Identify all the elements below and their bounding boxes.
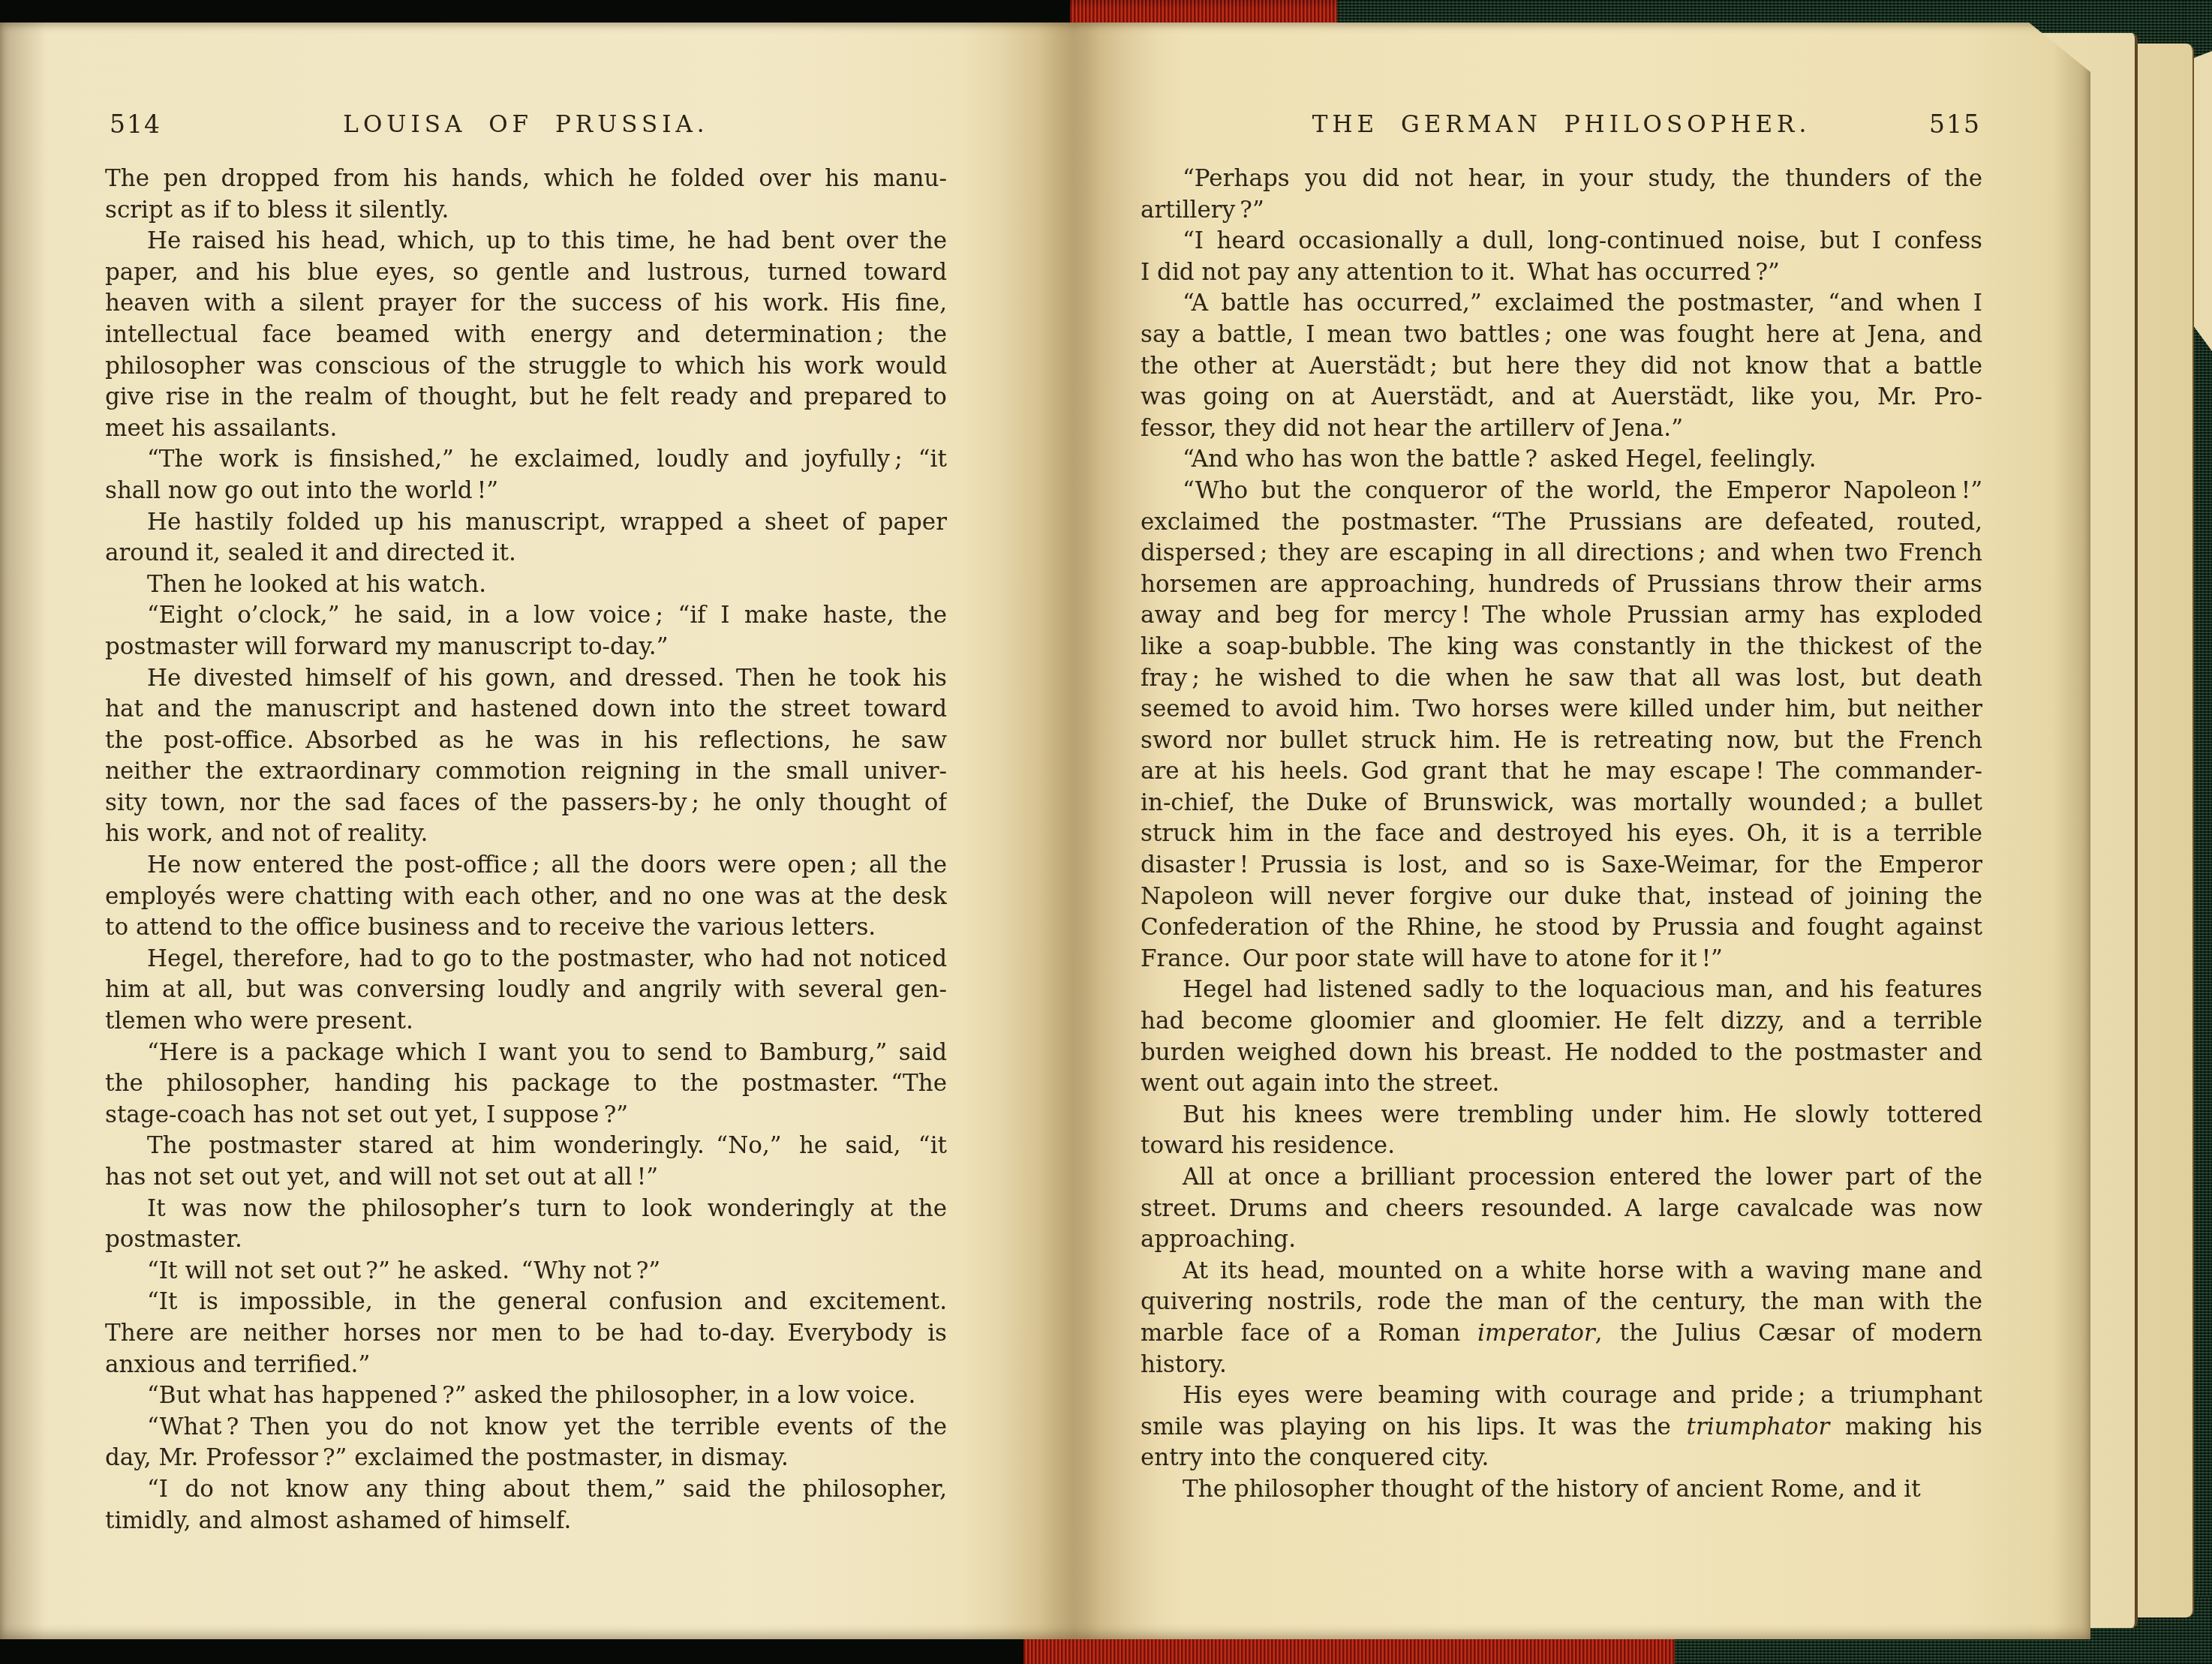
paragraph: “A battle has occurred,” exclaimed the p… (1141, 288, 1982, 444)
text-line: artillery ?” (1141, 195, 1982, 227)
text-line: street. Drums and cheers resounded. A la… (1141, 1194, 1982, 1225)
text-line: “A battle has occurred,” exclaimed the p… (1141, 288, 1982, 320)
text-line: him at all, but was conversing loudly an… (105, 975, 947, 1006)
text-line: away and beg for mercy ! The whole Pruss… (1141, 600, 1982, 632)
text-line: to attend to the office business and to … (105, 912, 947, 944)
text-line: paper, and his blue eyes, so gentle and … (105, 257, 947, 289)
text-line: burden weighed down his breast. He nodde… (1141, 1038, 1982, 1069)
text-line: the post-office. Absorbed as he was in h… (105, 725, 947, 757)
right-edge-shadow (2053, 23, 2090, 1639)
text-line: quivering nostrils, rode the man of the … (1141, 1287, 1982, 1318)
paragraph: But his knees were trembling under him. … (1141, 1100, 1982, 1162)
text-line: day, Mr. Professor ?” exclaimed the post… (105, 1443, 947, 1474)
text-line: hat and the manuscript and hastened down… (105, 694, 947, 725)
paragraph: “Who but the conqueror of the world, the… (1141, 476, 1982, 975)
text-line: The postmaster stared at him wonderingly… (105, 1131, 947, 1162)
text-line: “The work is finsished,” he exclaimed, l… (105, 444, 947, 476)
text-line: The pen dropped from his hands, which he… (105, 164, 947, 195)
paragraph: Hegel had listened sadly to the loquacio… (1141, 975, 1982, 1099)
text-line: He divested himself of his gown, and dre… (105, 663, 947, 695)
text-line: employés were chatting with each other, … (105, 882, 947, 913)
text-line: has not set out yet, and will not set ou… (105, 1162, 947, 1194)
text-line: marble face of a Roman imperator, the Ju… (1141, 1318, 1982, 1350)
text-line: approaching. (1141, 1224, 1982, 1256)
right-page-body: “Perhaps you did not hear, in your study… (1141, 164, 1982, 1559)
text-line: postmaster. (105, 1224, 947, 1256)
text-line: meet his assailants. (105, 413, 947, 445)
text-line: went out again into the street. (1141, 1068, 1982, 1100)
text-line: Hegel had listened sadly to the loquacio… (1141, 975, 1982, 1006)
text-line: like a soap-bubble. The king was constan… (1141, 632, 1982, 663)
text-line: “It will not set out ?” he asked. “Why n… (105, 1256, 947, 1287)
text-line: sword nor bullet struck him. He is retre… (1141, 725, 1982, 757)
paragraph: “But what has happened ?” asked the phil… (105, 1380, 947, 1412)
text-line: Confederation of the Rhine, he stood by … (1141, 912, 1982, 944)
text-line: heaven with a silent prayer for the succ… (105, 288, 947, 320)
paragraph: “Eight o’clock,” he said, in a low voice… (105, 600, 947, 662)
paragraph: “It will not set out ?” he asked. “Why n… (105, 1256, 947, 1287)
paragraph: He raised his head, which, up to this ti… (105, 226, 947, 444)
text-line: sity town, nor the sad faces of the pass… (105, 788, 947, 819)
paragraph: He divested himself of his gown, and dre… (105, 663, 947, 851)
right-page-number: 515 (1929, 110, 1981, 139)
paragraph: “What ? Then you do not know yet the ter… (105, 1412, 947, 1474)
text-line: his work, and not of reality. (105, 818, 947, 850)
paragraph: He now entered the post-office ; all the… (105, 850, 947, 944)
text-line: “I heard occasionally a dull, long-conti… (1141, 226, 1982, 257)
text-line: was going on at Auerstädt, and at Auerst… (1141, 382, 1982, 413)
paragraph: “Here is a package which I want you to s… (105, 1038, 947, 1131)
text-line: Hegel, therefore, had to go to the postm… (105, 944, 947, 975)
text-line: entry into the conquered city. (1141, 1443, 1982, 1474)
paragraph: “I do not know any thing about them,” sa… (105, 1474, 947, 1536)
paragraph: At its head, mounted on a white horse wi… (1141, 1256, 1982, 1380)
text-line: script as if to bless it silently. (105, 195, 947, 227)
text-line: “It is impossible, in the general confus… (105, 1287, 947, 1318)
text-line: “Who but the conqueror of the world, the… (1141, 476, 1982, 507)
text-line: say a battle, I mean two battles ; one w… (1141, 320, 1982, 351)
left-running-title: LOUISA OF PRUSSIA. (105, 111, 947, 138)
text-line: The philosopher thought of the history o… (1141, 1474, 1982, 1506)
left-edge-shadow (0, 23, 45, 1639)
text-line: are at his heels. God grant that he may … (1141, 756, 1982, 788)
text-line: “Eight o’clock,” he said, in a low voice… (105, 600, 947, 632)
text-line: He now entered the post-office ; all the… (105, 850, 947, 882)
paragraph: All at once a brilliant procession enter… (1141, 1162, 1982, 1256)
text-line: around it, sealed it and directed it. (105, 538, 947, 569)
red-headband-top (1070, 0, 1337, 23)
text-line: disaster ! Prussia is lost, and so is Sa… (1141, 850, 1982, 882)
text-line: He raised his head, which, up to this ti… (105, 226, 947, 257)
paragraph: “And who has won the battle ? asked Hege… (1141, 444, 1982, 476)
text-line: exclaimed the postmaster. “The Prussians… (1141, 507, 1982, 539)
paragraph: His eyes were beaming with courage and p… (1141, 1380, 1982, 1474)
text-line: “I do not know any thing about them,” sa… (105, 1474, 947, 1506)
left-page-header: 514 LOUISA OF PRUSSIA. (105, 111, 947, 147)
text-line: It was now the philosopher’s turn to loo… (105, 1194, 947, 1225)
book-spread: 514 LOUISA OF PRUSSIA. The pen dropped f… (0, 23, 2090, 1639)
paragraph: He hastily folded up his manuscript, wra… (105, 507, 947, 569)
paragraph: The postmaster stared at him wonderingly… (105, 1131, 947, 1193)
text-line: I did not pay any attention to it. What … (1141, 257, 1982, 289)
text-line: seemed to avoid him. Two horses were kil… (1141, 694, 1982, 725)
text-line: There are neither horses nor men to be h… (105, 1318, 947, 1350)
text-line: give rise in the realm of thought, but h… (105, 382, 947, 413)
text-line: He hastily folded up his manuscript, wra… (105, 507, 947, 539)
text-line: toward his residence. (1141, 1131, 1982, 1162)
text-line: stage-coach has not set out yet, I suppo… (105, 1100, 947, 1131)
text-line: His eyes were beaming with courage and p… (1141, 1380, 1982, 1412)
gutter-shadow (998, 23, 1159, 1639)
text-line: philosopher was conscious of the struggl… (105, 351, 947, 383)
text-line: “What ? Then you do not know yet the ter… (105, 1412, 947, 1443)
text-line: struck him in the face and destroyed his… (1141, 818, 1982, 850)
text-line: had become gloomier and gloomier. He fel… (1141, 1006, 1982, 1038)
paragraph: Then he looked at his watch. (105, 569, 947, 601)
text-line: fessor, they did not hear the artillerv … (1141, 413, 1982, 445)
text-line: dispersed ; they are escaping in all dir… (1141, 538, 1982, 569)
text-line: neither the extraordinary commotion reig… (105, 756, 947, 788)
text-line: “And who has won the battle ? asked Hege… (1141, 444, 1982, 476)
text-line: timidly, and almost ashamed of himself. (105, 1506, 947, 1537)
text-line: Then he looked at his watch. (105, 569, 947, 601)
paragraph: “It is impossible, in the general confus… (105, 1287, 947, 1380)
paragraph: The pen dropped from his hands, which he… (105, 164, 947, 226)
text-line: anxious and terrified.” (105, 1350, 947, 1381)
paragraph: “The work is finsished,” he exclaimed, l… (105, 444, 947, 506)
left-page-number: 514 (110, 110, 161, 139)
text-line: “Perhaps you did not hear, in your study… (1141, 164, 1982, 195)
book-photo: { "colors": { "paper": "#f0e5c1", "ink":… (0, 0, 2212, 1664)
paragraph: “I heard occasionally a dull, long-conti… (1141, 226, 1982, 288)
right-page-header: THE GERMAN PHILOSOPHER. 515 (1141, 111, 1982, 147)
paragraph: The philosopher thought of the history o… (1141, 1474, 1982, 1506)
text-line: history. (1141, 1350, 1982, 1381)
text-line: smile was playing on his lips. It was th… (1141, 1412, 1982, 1443)
text-line: Napoleon will never forgive our duke tha… (1141, 882, 1982, 913)
right-running-title: THE GERMAN PHILOSOPHER. (1141, 111, 1982, 138)
text-line: At its head, mounted on a white horse wi… (1141, 1256, 1982, 1287)
text-line: All at once a brilliant procession enter… (1141, 1162, 1982, 1194)
text-line: “But what has happened ?” asked the phil… (105, 1380, 947, 1412)
text-line: fray ; he wished to die when he saw that… (1141, 663, 1982, 695)
text-line: in-chief, the Duke of Brunswick, was mor… (1141, 788, 1982, 819)
text-line: shall now go out into the world !” (105, 476, 947, 507)
left-page-body: The pen dropped from his hands, which he… (105, 164, 947, 1559)
text-line: the philosopher, handing his package to … (105, 1068, 947, 1100)
paragraph: “Perhaps you did not hear, in your study… (1141, 164, 1982, 226)
text-line: “Here is a package which I want you to s… (105, 1038, 947, 1069)
text-line: tlemen who were present. (105, 1006, 947, 1038)
text-line: postmaster will forward my manuscript to… (105, 632, 947, 663)
paragraph: It was now the philosopher’s turn to loo… (105, 1194, 947, 1256)
text-line: horsemen are approaching, hundreds of Pr… (1141, 569, 1982, 601)
text-line: France. Our poor state will have to aton… (1141, 944, 1982, 975)
text-line: intellectual face beamed with energy and… (105, 320, 947, 351)
paragraph: Hegel, therefore, had to go to the postm… (105, 944, 947, 1038)
text-line: the other at Auerstädt ; but here they d… (1141, 351, 1982, 383)
text-line: But his knees were trembling under him. … (1141, 1100, 1982, 1131)
